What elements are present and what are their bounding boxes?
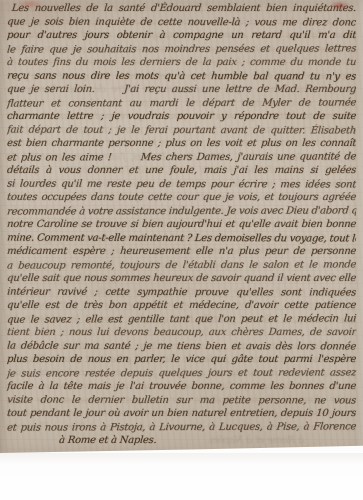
manuscript-line: et puis nous irons à Pistoja, à Livourne… xyxy=(6,420,356,435)
manuscript-line: est bien charmante personne ; plus on le… xyxy=(6,137,356,151)
seal-mark-right xyxy=(329,1,350,10)
manuscript-line: à toutes fins du mois les derniers de la… xyxy=(6,56,356,70)
scan-background: Les nouvelles de la santé d'Édouard semb… xyxy=(0,0,363,500)
manuscript-line: flatteur et consentant au mardi le dépar… xyxy=(6,96,356,111)
manuscript-line: détails à vous donner et une foule, mais… xyxy=(6,164,356,178)
manuscript-line: qu'elle sait que nous sommes heureux de … xyxy=(6,272,356,286)
manuscript-line: fait départ de tout ; je le ferai pourta… xyxy=(6,123,356,137)
manuscript-line: qu'elle est de très bon appétit et médec… xyxy=(6,299,356,313)
manuscript-line: je suis encore restée depuis quelques jo… xyxy=(6,366,356,381)
manuscript-line: visite donc le dernier bulletin sur ma p… xyxy=(6,393,356,407)
manuscript-line: que je serai loin. J'ai reçu aussi une l… xyxy=(6,83,356,97)
manuscript-text: Les nouvelles de la santé d'Édouard semb… xyxy=(7,2,356,448)
manuscript-line: plus besoin de nous en parler, le vice q… xyxy=(6,353,356,367)
manuscript-line: charmante lettre ; je voudrais pouvoir y… xyxy=(6,110,356,124)
manuscript-line: tient bien ; nous lui devons beaucoup, a… xyxy=(6,326,356,340)
manuscript-line: notre Caroline se trouve si bien aujourd… xyxy=(6,218,356,232)
manuscript-line: si lourdes qu'il me reste peu de temps p… xyxy=(6,177,356,191)
manuscript-line: recommandée à votre assistance indulgent… xyxy=(6,204,356,219)
manuscript-line: intérieur ravivé ; cette sympathie prouv… xyxy=(6,285,356,299)
manuscript-line: toutes occupées dans toute cette cour qu… xyxy=(6,191,356,205)
manuscript-line: à Rome et à Naples. xyxy=(58,434,220,448)
manuscript-line: que je sois bien inquiète de cette nouve… xyxy=(6,15,356,29)
manuscript-line: la débâcle sur ma santé ; je me tiens bi… xyxy=(6,339,356,353)
manuscript-line: tout pendant le jour où avoir un bien na… xyxy=(6,407,356,421)
manuscript-line: médicament espère ; heureusement elle n'… xyxy=(6,245,356,259)
manuscript-line: Les nouvelles de la santé d'Édouard semb… xyxy=(6,2,356,16)
scanner-bed-background xyxy=(0,453,363,500)
manuscript-line: que le savez ; elle est gentille tant qu… xyxy=(6,312,356,327)
manuscript-line: a beaucoup remonté, toujours de l'établi… xyxy=(6,258,356,273)
manuscript-line: facile à la tête mais je l'ai trouvée bo… xyxy=(6,380,356,394)
manuscript-line: mine. Comment va-t-elle maintenant ? Les… xyxy=(6,231,356,245)
manuscript-line: reçu sans nous dire les mots qu'à cet hu… xyxy=(6,69,356,83)
manuscript-line: le faire que je souhaitais nos moindres … xyxy=(6,42,356,57)
letter-paper: Les nouvelles de la santé d'Édouard semb… xyxy=(0,0,363,453)
manuscript-line: et plus on les aime ! Mes chers Dames, j… xyxy=(6,150,356,165)
seal-mark-left xyxy=(17,0,43,8)
manuscript-line: pour d'autres jours obtenir à compagne u… xyxy=(6,29,356,43)
